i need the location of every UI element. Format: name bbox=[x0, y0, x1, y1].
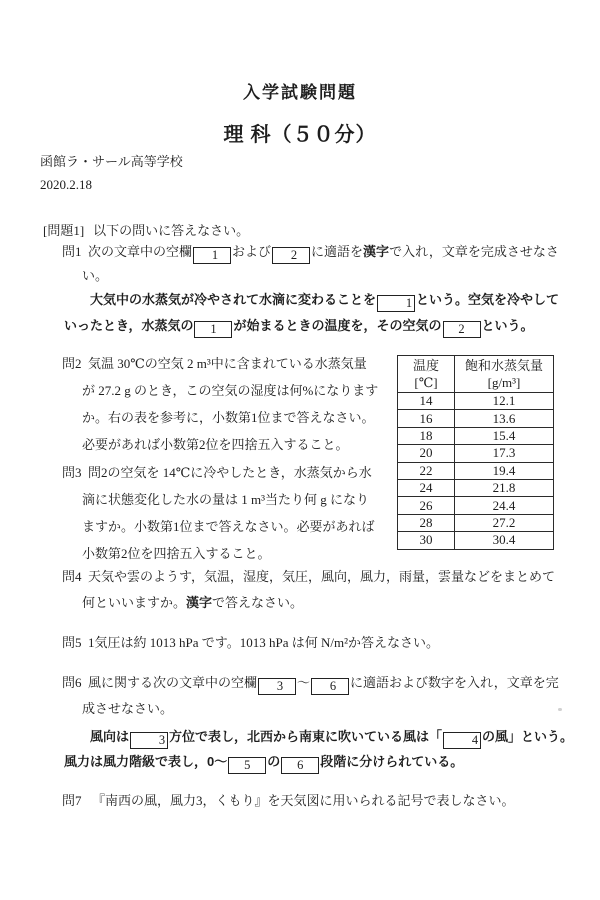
table-row: 2219.4 bbox=[398, 462, 554, 479]
col-header-temperature-title: 温度 bbox=[413, 358, 439, 373]
table-cell: 26 bbox=[398, 497, 455, 514]
table-header-row: 温度 [℃] 飽和水蒸気量 [g/m³] bbox=[398, 356, 554, 393]
text-run: 方位で表し，北西から南東に吹いている風は「 bbox=[169, 729, 442, 744]
blank-box-3: 3 bbox=[258, 678, 296, 695]
blank-box-1: 1 bbox=[194, 321, 232, 338]
text-run: いったとき，水蒸気の bbox=[64, 318, 193, 333]
question-6-label: 問6 bbox=[62, 670, 82, 696]
fill-passage-1: 大気中の水蒸気が冷やされて水滴に変わることを1という。空気を冷やして いったとき… bbox=[64, 287, 559, 339]
text-run: の風」という。 bbox=[482, 729, 573, 744]
table-row: 1412.1 bbox=[398, 393, 554, 410]
saturation-table-body: 1412.11613.61815.42017.32219.42421.82624… bbox=[398, 393, 554, 550]
table-cell: 15.4 bbox=[455, 427, 554, 444]
saturation-table-header: 温度 [℃] 飽和水蒸気量 [g/m³] bbox=[398, 356, 554, 393]
blank-box-6: 6 bbox=[311, 678, 349, 695]
text-run: ～ bbox=[297, 675, 310, 690]
text-run: という。空気を冷やして bbox=[416, 292, 559, 307]
table-row: 1613.6 bbox=[398, 410, 554, 427]
question-5: 問5 1気圧は約 1013 hPa です。1013 hPa は何 N/m²か答え… bbox=[82, 631, 439, 655]
table-cell: 17.3 bbox=[455, 445, 554, 462]
table-row: 1815.4 bbox=[398, 427, 554, 444]
text-run: 成させなさい。 bbox=[82, 701, 173, 716]
table-cell: 18 bbox=[398, 427, 455, 444]
text-run: 1気圧は約 1013 hPa です。1013 hPa は何 N/m²か答えなさい… bbox=[88, 635, 439, 650]
text-run: 次の文章中の空欄 bbox=[88, 244, 192, 259]
blank-box-2: 2 bbox=[443, 321, 481, 338]
saturation-vapor-table: 温度 [℃] 飽和水蒸気量 [g/m³] 1412.11613.61815.42… bbox=[397, 355, 554, 550]
text-run: 大気中の水蒸気が冷やされて水滴に変わることを bbox=[90, 292, 376, 307]
text-run: 滴に状態変化した水の量は 1 m³当たり何 g になり bbox=[82, 492, 369, 507]
text-run: 小数第2位を四捨五入すること。 bbox=[82, 546, 271, 561]
text-run: で答えなさい。 bbox=[212, 595, 303, 610]
text-run: か。右の表を参考に，小数第1位まで答えなさい。 bbox=[82, 410, 375, 425]
text-run: で入れ，文章を完成させなさ bbox=[389, 244, 559, 259]
question-6-line-2: 成させなさい。 bbox=[82, 696, 559, 722]
col-header-saturation-unit: [g/m³] bbox=[488, 375, 521, 390]
exam-date: 2020.2.18 bbox=[40, 177, 92, 193]
table-cell: 14 bbox=[398, 393, 455, 410]
text-run: が 27.2 g のとき，この空気の湿度は何%になります bbox=[82, 383, 378, 398]
text-run: 必要があれば小数第2位を四捨五入すること。 bbox=[82, 437, 349, 452]
fill-passage-2-line-2: 風力は風力階級で表し，0～5の6段階に分けられている。 bbox=[64, 749, 573, 774]
subject-title: 理 科（５０分） bbox=[0, 118, 600, 147]
text-run: 漢字 bbox=[186, 595, 212, 610]
text-run: の bbox=[267, 754, 280, 769]
text-run: 漢字 bbox=[363, 244, 389, 259]
text-run: 天気や雲のようす，気温，湿度，気圧，風向，風力，雨量，雲量などをまとめて bbox=[88, 569, 555, 584]
question-6: 問6 風に関する次の文章中の空欄3～6に適語および数字を入れ，文章を完 成させな… bbox=[82, 670, 559, 722]
text-run: 気温 30℃の空気 2 m³中に含まれている水蒸気量 bbox=[88, 356, 367, 371]
question-1: 問1 次の文章中の空欄1および2に適語を漢字で入れ，文章を完成させなさ い。 bbox=[82, 240, 559, 288]
table-cell: 19.4 bbox=[455, 462, 554, 479]
question-3: 問3 問2の空気を 14℃に冷やしたとき，水蒸気から水 滴に状態変化した水の量は… bbox=[82, 459, 375, 567]
question-2-line-4: 必要があれば小数第2位を四捨五入すること。 bbox=[82, 431, 378, 458]
fill-passage-2-line-1: 風向は3方位で表し，北西から南東に吹いている風は「4の風」という。 bbox=[64, 724, 573, 749]
question-2-label: 問2 bbox=[62, 350, 82, 377]
scan-artifact-speck bbox=[558, 708, 562, 711]
question-6-line-1: 風に関する次の文章中の空欄3～6に適語および数字を入れ，文章を完 bbox=[82, 670, 559, 696]
col-header-saturation-title: 飽和水蒸気量 bbox=[465, 358, 543, 373]
blank-box-6: 6 bbox=[281, 757, 319, 774]
text-run: 風向は bbox=[90, 729, 129, 744]
text-run: という。 bbox=[482, 318, 534, 333]
text-run: 段階に分けられている。 bbox=[320, 754, 463, 769]
text-run: 風力は風力階級で表し，0～ bbox=[64, 754, 227, 769]
text-run: 何といいますか。 bbox=[82, 595, 186, 610]
table-cell: 28 bbox=[398, 514, 455, 531]
question-3-line-2: 滴に状態変化した水の量は 1 m³当たり何 g になり bbox=[82, 486, 375, 513]
text-run: に適語および数字を入れ，文章を完 bbox=[350, 675, 559, 690]
col-header-saturation: 飽和水蒸気量 [g/m³] bbox=[455, 356, 554, 393]
table-cell: 12.1 bbox=[455, 393, 554, 410]
table-cell: 30.4 bbox=[455, 532, 554, 549]
page-title: 入学試験問題 bbox=[0, 78, 600, 103]
question-3-label: 問3 bbox=[62, 459, 82, 486]
question-1-label: 問1 bbox=[62, 240, 82, 264]
table-cell: 22 bbox=[398, 462, 455, 479]
table-row: 3030.4 bbox=[398, 532, 554, 549]
table-cell: 21.8 bbox=[455, 479, 554, 496]
blank-box-1: 1 bbox=[377, 295, 415, 312]
problem1-heading: [問題1]以下の問いに答えなさい。 bbox=[43, 223, 249, 239]
text-run: 『南西の風，風力3，くもり』を天気図に用いられる記号で表しなさい。 bbox=[92, 793, 515, 808]
text-run: が始まるときの温度を，その空気の bbox=[233, 318, 441, 333]
question-7: 問7 『南西の風，風力3，くもり』を天気図に用いられる記号で表しなさい。 bbox=[82, 789, 515, 813]
blank-box-5: 5 bbox=[228, 757, 266, 774]
fill-passage-1-line-1: 大気中の水蒸気が冷やされて水滴に変わることを1という。空気を冷やして bbox=[64, 287, 559, 313]
table-row: 2624.4 bbox=[398, 497, 554, 514]
question-7-label: 問7 bbox=[62, 789, 82, 813]
question-5-label: 問5 bbox=[62, 631, 82, 655]
blank-box-2: 2 bbox=[272, 247, 310, 264]
table-cell: 16 bbox=[398, 410, 455, 427]
question-3-line-4: 小数第2位を四捨五入すること。 bbox=[82, 540, 375, 567]
question-2-line-2: が 27.2 g のとき，この空気の湿度は何%になります bbox=[82, 377, 378, 404]
question-4-line-2: 何といいますか。漢字で答えなさい。 bbox=[82, 590, 555, 616]
text-run: 風に関する次の文章中の空欄 bbox=[88, 675, 257, 690]
table-cell: 24 bbox=[398, 479, 455, 496]
question-3-line-3: ますか。小数第1位まで答えなさい。必要があれば bbox=[82, 513, 375, 540]
text-run: および bbox=[232, 244, 271, 259]
problem1-label: [問題1] bbox=[43, 223, 84, 238]
blank-box-4: 4 bbox=[443, 732, 481, 749]
problem1-instruction: 以下の問いに答えなさい。 bbox=[93, 223, 249, 238]
question-1-line-2: い。 bbox=[82, 264, 559, 288]
question-4-line-1: 天気や雲のようす，気温，湿度，気圧，風向，風力，雨量，雲量などをまとめて bbox=[82, 564, 555, 590]
fill-passage-1-line-2: いったとき，水蒸気の1が始まるときの温度を，その空気の2という。 bbox=[64, 313, 559, 339]
school-name: 函館ラ・サール高等学校 bbox=[40, 154, 183, 170]
text-run: に適語を bbox=[311, 244, 363, 259]
table-cell: 30 bbox=[398, 532, 455, 549]
col-header-temperature: 温度 [℃] bbox=[398, 356, 455, 393]
question-3-line-1: 問2の空気を 14℃に冷やしたとき，水蒸気から水 bbox=[82, 459, 375, 486]
question-7-line-1: 『南西の風，風力3，くもり』を天気図に用いられる記号で表しなさい。 bbox=[82, 789, 515, 813]
fill-passage-2: 風向は3方位で表し，北西から南東に吹いている風は「4の風」という。 風力は風力階… bbox=[64, 724, 573, 774]
text-run: 問2の空気を 14℃に冷やしたとき，水蒸気から水 bbox=[88, 465, 372, 480]
blank-box-1: 1 bbox=[193, 247, 231, 264]
question-4: 問4 天気や雲のようす，気温，湿度，気圧，風向，風力，雨量，雲量などをまとめて … bbox=[82, 564, 555, 616]
table-cell: 13.6 bbox=[455, 410, 554, 427]
table-cell: 24.4 bbox=[455, 497, 554, 514]
question-5-line-1: 1気圧は約 1013 hPa です。1013 hPa は何 N/m²か答えなさい… bbox=[82, 631, 439, 655]
question-2: 問2 気温 30℃の空気 2 m³中に含まれている水蒸気量 が 27.2 g の… bbox=[82, 350, 378, 458]
table-cell: 27.2 bbox=[455, 514, 554, 531]
question-4-label: 問4 bbox=[62, 564, 82, 590]
col-header-temperature-unit: [℃] bbox=[414, 375, 437, 390]
table-row: 2421.8 bbox=[398, 479, 554, 496]
blank-box-3: 3 bbox=[130, 732, 168, 749]
table-cell: 20 bbox=[398, 445, 455, 462]
table-row: 2827.2 bbox=[398, 514, 554, 531]
text-run: ますか。小数第1位まで答えなさい。必要があれば bbox=[82, 519, 375, 534]
table-row: 2017.3 bbox=[398, 445, 554, 462]
exam-paper-page: 入学試験問題 理 科（５０分） 函館ラ・サール高等学校 2020.2.18 [問… bbox=[0, 0, 600, 900]
question-1-line-1: 次の文章中の空欄1および2に適語を漢字で入れ，文章を完成させなさ bbox=[82, 240, 559, 264]
text-run: い。 bbox=[82, 268, 108, 283]
question-2-line-1: 気温 30℃の空気 2 m³中に含まれている水蒸気量 bbox=[82, 350, 378, 377]
question-2-line-3: か。右の表を参考に，小数第1位まで答えなさい。 bbox=[82, 404, 378, 431]
